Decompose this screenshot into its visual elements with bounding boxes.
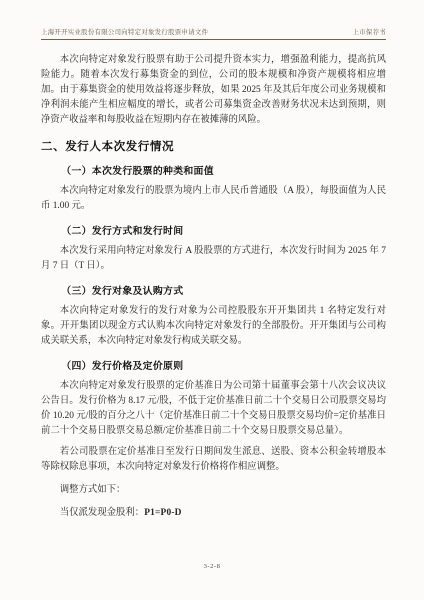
subsection-4-paragraph-pricing: 本次向特定对象发行股票的定价基准日为公司第十届董事会第十八次会议决议公告日。发行… [41,379,386,439]
header-document-title: 上海开开实业股份有限公司向特定对象发行股票申请文件 [41,27,208,36]
section-heading: 二、发行人本次发行情况 [41,138,386,154]
formula-label: 当仅派发现金股利： [60,508,144,518]
header-section-title: 上市保荐书 [353,27,386,36]
formula-expression: P1=P0-D [144,508,181,518]
subsection-1-paragraph: 本次向特定对象发行的股票为境内上市人民币普通股（A 股），每股面值为人民币 1.… [41,184,386,214]
subsection-2-paragraph: 本次发行采用向特定对象发行 A 股股票的方式进行，本次发行时间为 2025 年 … [41,244,386,274]
intro-paragraph: 本次向特定对象发行股票有助于公司提升资本实力，增强盈利能力，提高抗风险能力。随着… [41,53,386,128]
page-number: 3-2-8 [204,563,221,570]
subsection-2-heading: （二）发行方式和发行时间 [41,223,386,237]
page-footer: 3-2-8 [0,563,424,570]
adjustment-method-lead-in: 调整方式如下： [41,483,386,498]
dividend-formula-line: 当仅派发现金股利：P1=P0-D [41,506,386,521]
subsection-1-heading: （一）本次发行股票的种类和面值 [41,163,386,177]
subsection-3-heading: （三）发行对象及认购方式 [41,283,386,297]
page-body: 本次向特定对象发行股票有助于公司提升资本实力，增强盈利能力，提高抗风险能力。随着… [41,53,386,521]
page-header: 上海开开实业股份有限公司向特定对象发行股票申请文件 上市保荐书 [41,27,386,40]
document-page: 上海开开实业股份有限公司向特定对象发行股票申请文件 上市保荐书 本次向特定对象发… [0,0,424,600]
subsection-3-paragraph: 本次向特定对象发行的发行对象为公司控股股东开开集团共 1 名特定发行对象。开开集… [41,304,386,349]
subsection-4-heading: （四）发行价格及定价原则 [41,358,386,372]
subsection-4-paragraph-adjustment: 若公司股票在定价基准日至发行日期间发生派息、送股、资本公积金转增股本等除权除息事… [41,445,386,475]
